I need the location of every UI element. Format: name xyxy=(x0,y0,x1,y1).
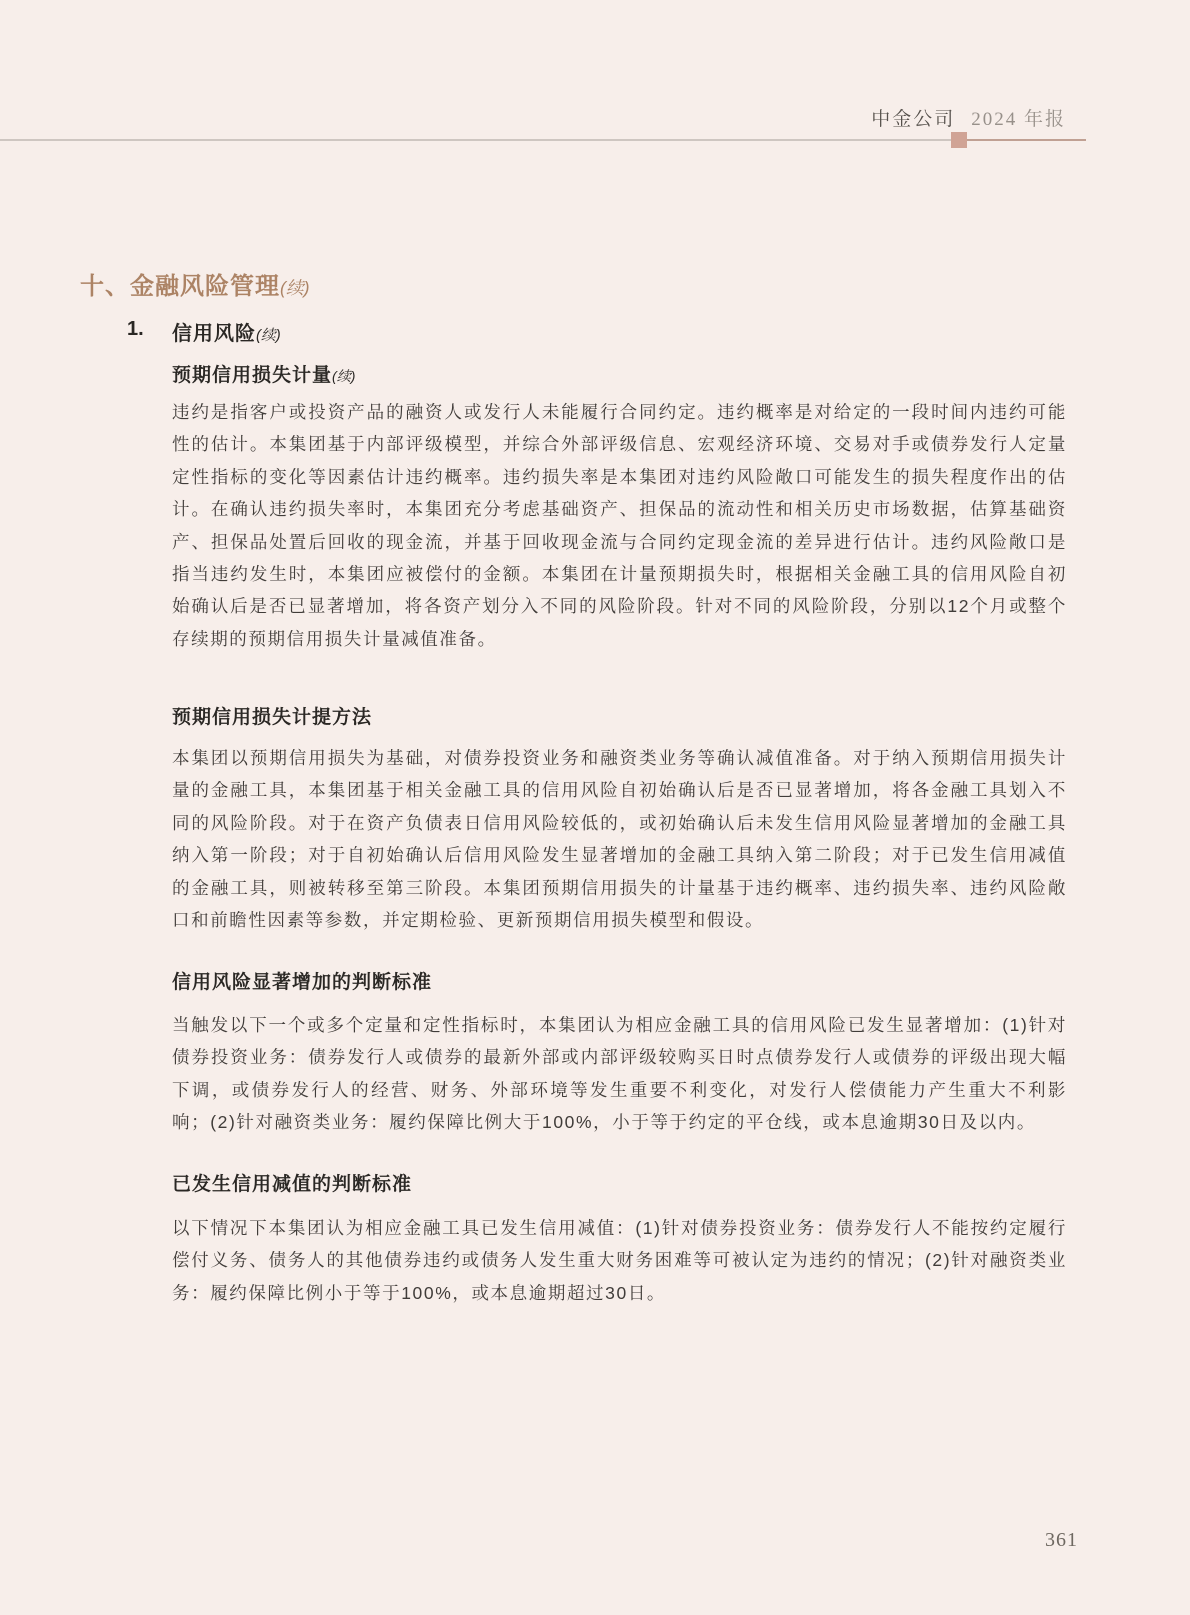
heading-ecl-measurement-text: 预期信用损失计量 xyxy=(172,365,332,386)
heading-ecl-measurement-cont: (续) xyxy=(332,368,355,384)
section-title-cont: (续) xyxy=(280,278,310,298)
heading-sicr-criteria: 信用风险显著增加的判断标准 xyxy=(172,967,432,994)
page-number: 361 xyxy=(1045,1529,1078,1552)
section-title: 十、金融风险管理(续) xyxy=(80,266,310,301)
paragraph-sicr-criteria: 当触发以下一个或多个定量和定性指标时，本集团认为相应金融工具的信用风险已发生显著… xyxy=(172,1009,1067,1139)
subsection-title-cont: (续) xyxy=(256,328,281,344)
paragraph-provision-method: 本集团以预期信用损失为基础，对债券投资业务和融资类业务等确认减值准备。对于纳入预… xyxy=(172,742,1067,936)
heading-provision-method: 预期信用损失计提方法 xyxy=(172,702,372,729)
page-header: 中金公司2024 年报 xyxy=(871,104,1066,131)
header-rule-left xyxy=(0,139,951,141)
report-year: 2024 年报 xyxy=(971,109,1066,130)
paragraph-impaired-criteria: 以下情况下本集团认为相应金融工具已发生信用减值：(1)针对债券投资业务：债券发行… xyxy=(172,1212,1067,1309)
section-title-text: 十、金融风险管理 xyxy=(80,273,280,300)
company-name: 中金公司 xyxy=(871,109,955,130)
header-rule-right xyxy=(967,139,1086,141)
subsection-number: 1. xyxy=(127,318,144,341)
report-page: { "page": { "background": "#f7eeea", "pa… xyxy=(0,0,1190,1615)
heading-ecl-measurement: 预期信用损失计量(续) xyxy=(172,360,355,387)
paragraph-ecl-measurement: 违约是指客户或投资产品的融资人或发行人未能履行合同约定。违约概率是对给定的一段时… xyxy=(172,396,1067,655)
heading-impaired-criteria: 已发生信用减值的判断标准 xyxy=(172,1169,412,1196)
header-accent-square xyxy=(951,132,967,148)
subsection-title: 信用风险(续) xyxy=(172,317,281,346)
subsection-title-text: 信用风险 xyxy=(172,323,256,345)
